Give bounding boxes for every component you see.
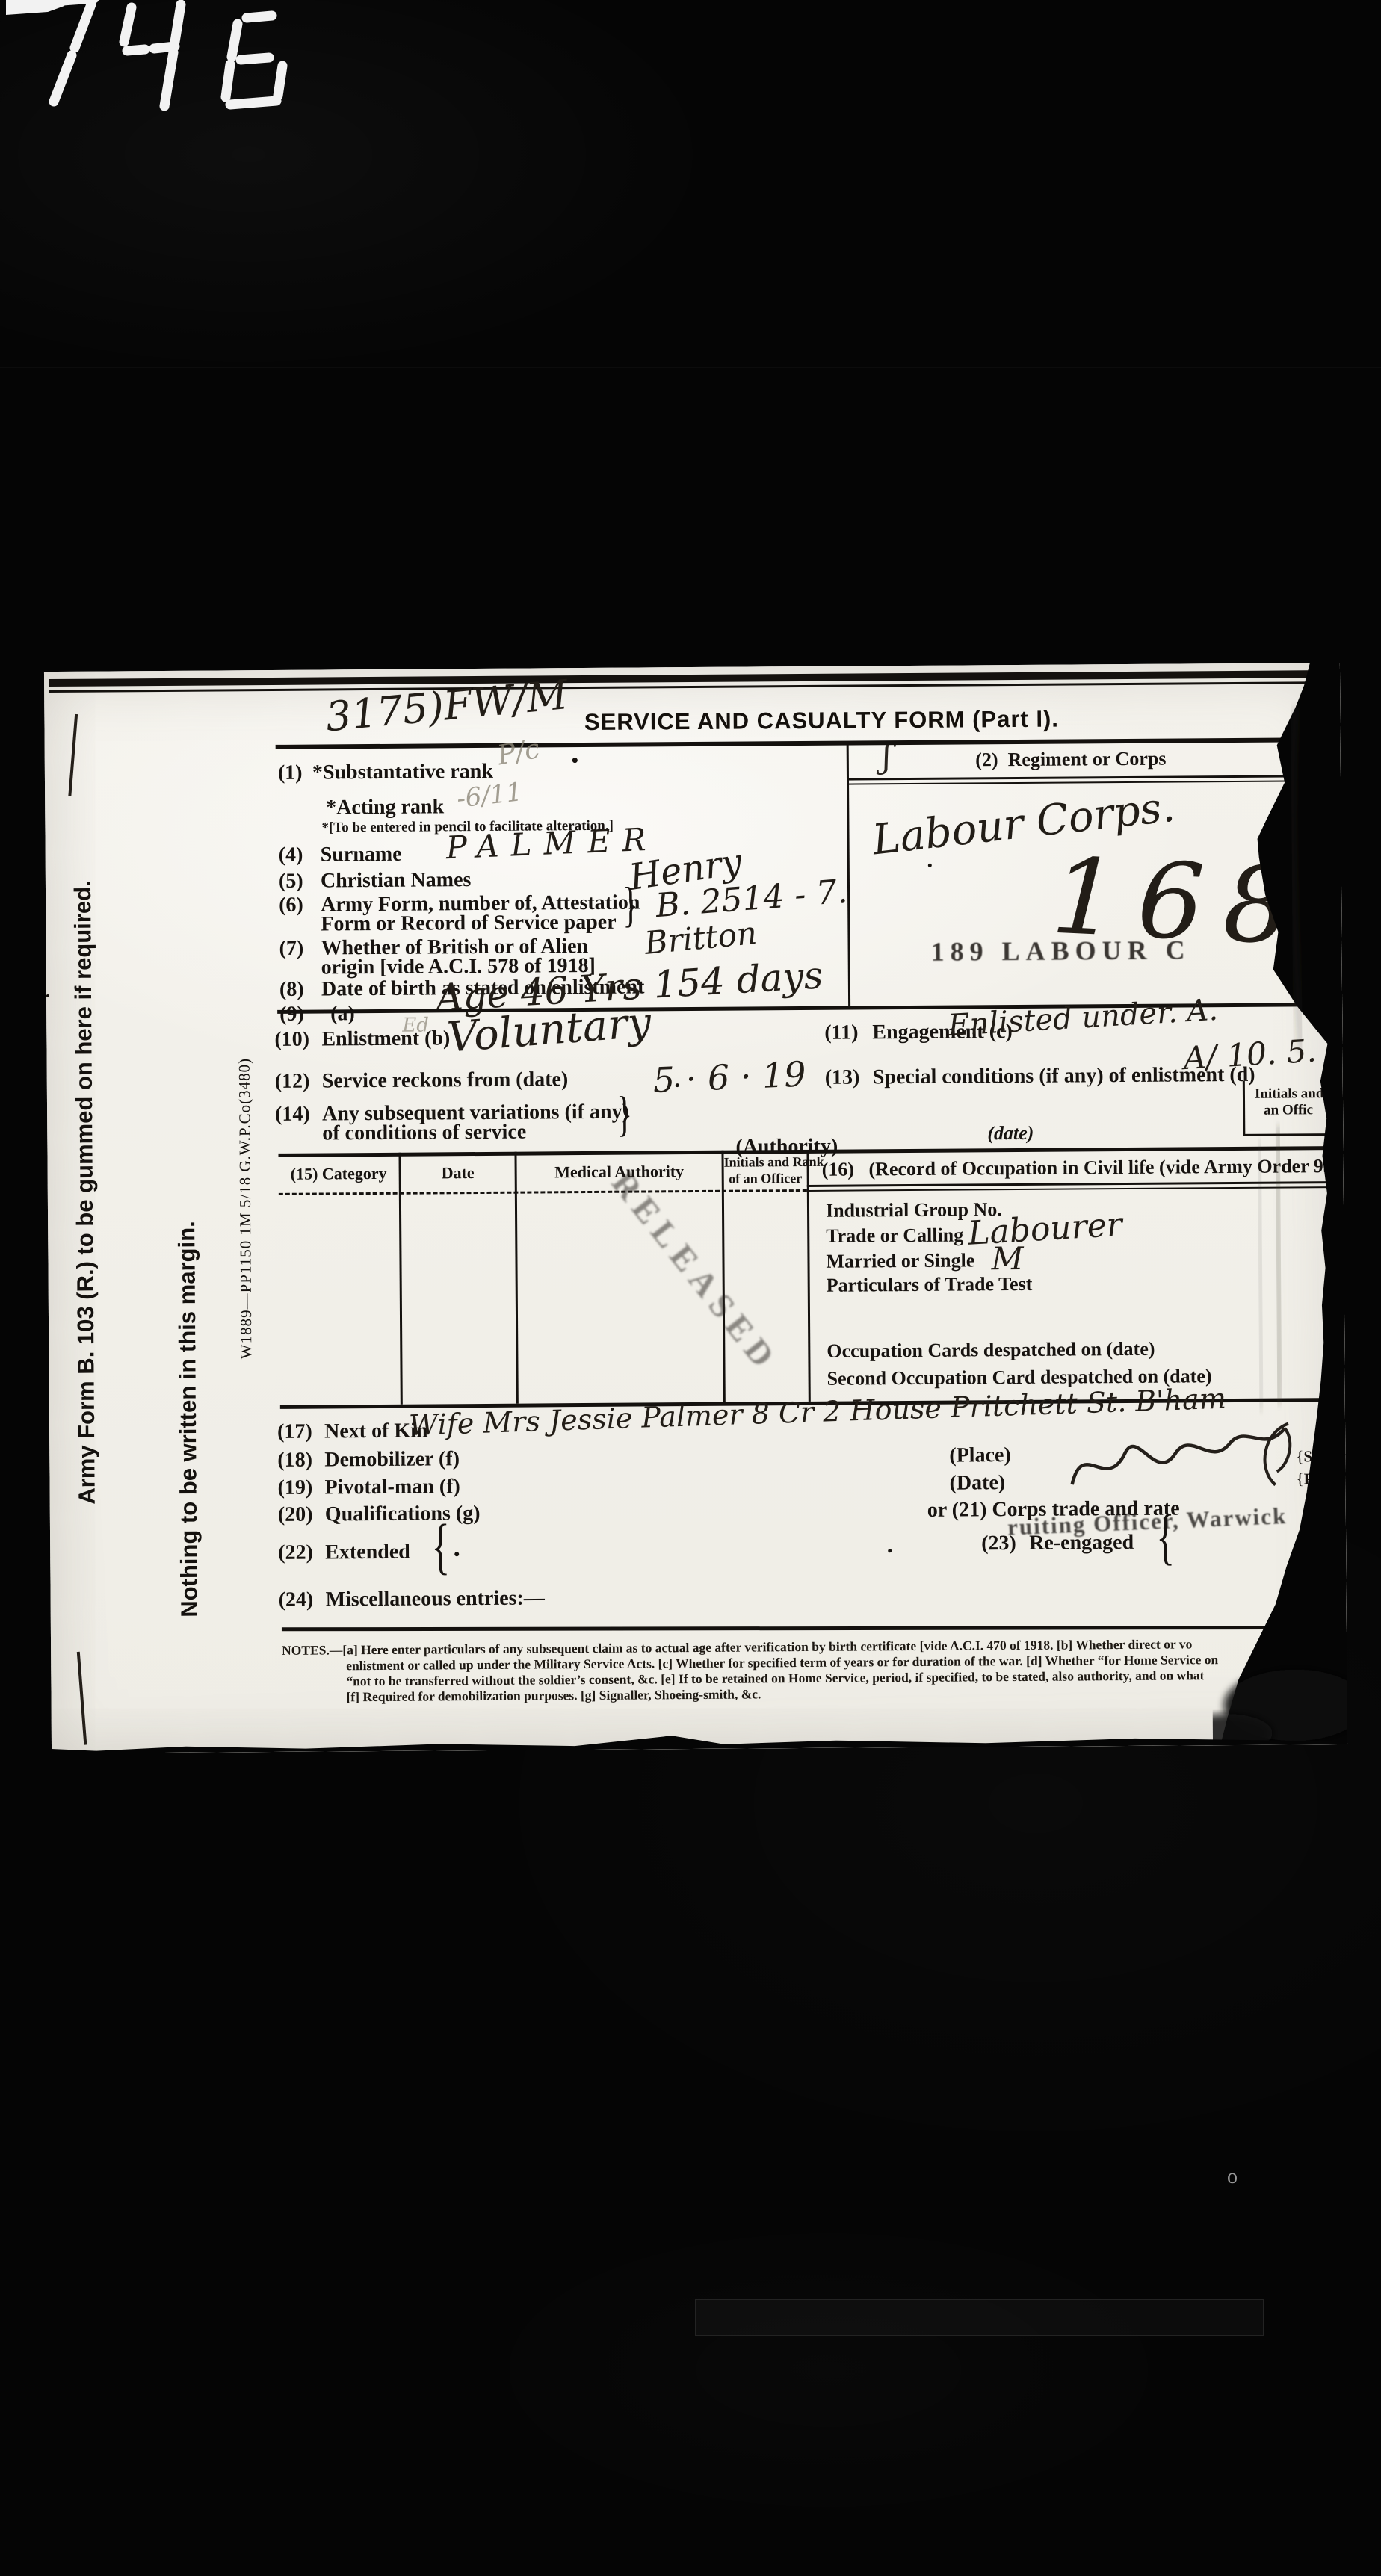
married-or-single-label: Married or Single — [826, 1249, 974, 1272]
notes-top-rule — [282, 1626, 1303, 1631]
civil-box-left-line — [806, 1150, 810, 1402]
field-4-number: (4) — [279, 843, 303, 867]
field-14-brace: } — [617, 1086, 633, 1143]
field-23-label: Re-engaged — [1029, 1531, 1134, 1555]
field-14-number: (14) — [275, 1103, 310, 1127]
field-19-number: (19) — [277, 1476, 312, 1500]
film-frame-counter-digits — [6, 0, 312, 126]
field-24-label: Miscellaneous entries:— — [326, 1586, 545, 1611]
field-8-number: (8) — [279, 978, 304, 1002]
film-frame-fragment — [6, 0, 70, 15]
field-6-label-line2: Form or Record of Service paper — [321, 911, 616, 937]
acting-rank-pencil-entry: -6/11 — [455, 777, 524, 814]
acting-rank-label: *Acting rank — [326, 795, 444, 820]
occupation-cards-label: Occupation Cards despatched on (date) — [827, 1338, 1155, 1363]
ghost-letter-o: o — [1227, 2165, 1238, 2189]
scanned-document-page: Army Form B. 103 (R.) to be gummed on he… — [0, 0, 1381, 2576]
regiment-box-left-line — [847, 743, 850, 1006]
field-10-label: Enlistment (b) — [321, 1027, 450, 1051]
field-5-number: (5) — [279, 870, 303, 894]
ink-speck — [454, 1552, 459, 1556]
field-4-label: Surname — [321, 843, 402, 867]
trade-or-calling-label: Trade or Calling — [826, 1224, 963, 1248]
field-5-label: Christian Names — [321, 868, 472, 893]
margin-no-writing-note: Nothing to be written in this margin. — [173, 1221, 203, 1617]
field-18-label: Demobilizer (f) — [324, 1447, 460, 1472]
field-10-number: (10) — [274, 1028, 309, 1052]
field-19-label: Pivotal-man (f) — [324, 1475, 460, 1499]
trade-or-calling-value: Labourer — [967, 1206, 1123, 1253]
notes-line-4: [f] Required for demobilization purposes… — [346, 1686, 761, 1705]
service-reckons-value: 5 · 6 · 19 — [652, 1053, 807, 1100]
army-form-paper: Army Form B. 103 (R.) to be gummed on he… — [44, 663, 1347, 1753]
table-header-dashed-rule — [279, 1189, 807, 1195]
field-20-label: Qualifications (g) — [325, 1502, 481, 1526]
field-14-label-line2: of conditions of service — [322, 1121, 526, 1146]
field-13-number: (13) — [825, 1065, 860, 1089]
released-diagonal-stamp: RELEASED — [604, 1164, 787, 1381]
faint-frame-bar — [695, 2299, 1264, 2336]
labour-company-stamp: 189 LABOUR C — [930, 934, 1190, 967]
ink-speck — [572, 758, 578, 763]
field-12-number: (12) — [275, 1070, 310, 1094]
form-title: SERVICE AND CASUALTY FORM (Part I). — [530, 705, 1113, 736]
ink-speck — [928, 864, 932, 867]
date-label: (Date) — [949, 1471, 1005, 1496]
field-24-number: (24) — [279, 1588, 314, 1612]
regiment-number: (2) — [975, 749, 998, 770]
married-or-single-value: M — [991, 1240, 1023, 1277]
field-9-label: (a) — [330, 1002, 355, 1026]
trade-test-label: Particulars of Trade Test — [827, 1273, 1033, 1297]
ink-speck — [888, 1549, 892, 1552]
field-6-number: (6) — [279, 894, 303, 917]
date-label-italic: (date) — [987, 1122, 1034, 1145]
torn-bottom-edge — [52, 1722, 1347, 1753]
engagement-value: Enlisted under. A. — [947, 993, 1219, 1043]
table-header-initials-line2: of an Officer — [724, 1171, 807, 1187]
field-9-number: (9) — [279, 1003, 304, 1027]
table-col-line-1 — [398, 1153, 402, 1405]
margin-ink-stroke — [68, 714, 78, 796]
table-header-date: Date — [401, 1163, 515, 1183]
margin-print-code: W1889—PP1150 1M 5/18 G.W.P.Co(3480) — [235, 1058, 256, 1359]
table-col-line-2 — [514, 1152, 518, 1404]
film-seam-line — [0, 367, 1381, 368]
torn-right-edge — [1205, 663, 1347, 1745]
field-23-number: (23) — [981, 1532, 1016, 1555]
civil-box-number: (16) — [822, 1159, 855, 1180]
field-1-pencil-entry: P/c — [495, 734, 543, 772]
table-header-initials-line1: Initials and Rank — [724, 1154, 807, 1171]
field-23-brace: { — [1156, 1502, 1175, 1573]
ink-speck — [46, 994, 49, 997]
field-17-number: (17) — [277, 1420, 312, 1444]
regiment-label: Regiment or Corps — [1007, 748, 1166, 770]
field-18-number: (18) — [277, 1449, 312, 1473]
ink-speck — [676, 1083, 679, 1087]
field-1-label: *Substantative rank — [312, 760, 493, 785]
field-12-label: Service reckons from (date) — [322, 1068, 569, 1093]
field-6-brace: } — [622, 876, 639, 934]
table-header-category: (15) Category — [279, 1164, 399, 1184]
field-1-number: (1) — [278, 761, 303, 785]
place-label: (Place) — [949, 1443, 1011, 1468]
field-22-brace: { — [431, 1512, 451, 1583]
field-7-number: (7) — [279, 937, 303, 961]
field-22-label: Extended — [325, 1541, 410, 1565]
field-11-number: (11) — [824, 1021, 858, 1044]
margin-gum-note: Army Form B. 103 (R.) to be gummed on he… — [69, 880, 101, 1505]
field-20-number: (20) — [278, 1503, 313, 1527]
enlistment-pencil-marks: Ed — [402, 1014, 429, 1036]
field-22-number: (22) — [278, 1541, 313, 1565]
